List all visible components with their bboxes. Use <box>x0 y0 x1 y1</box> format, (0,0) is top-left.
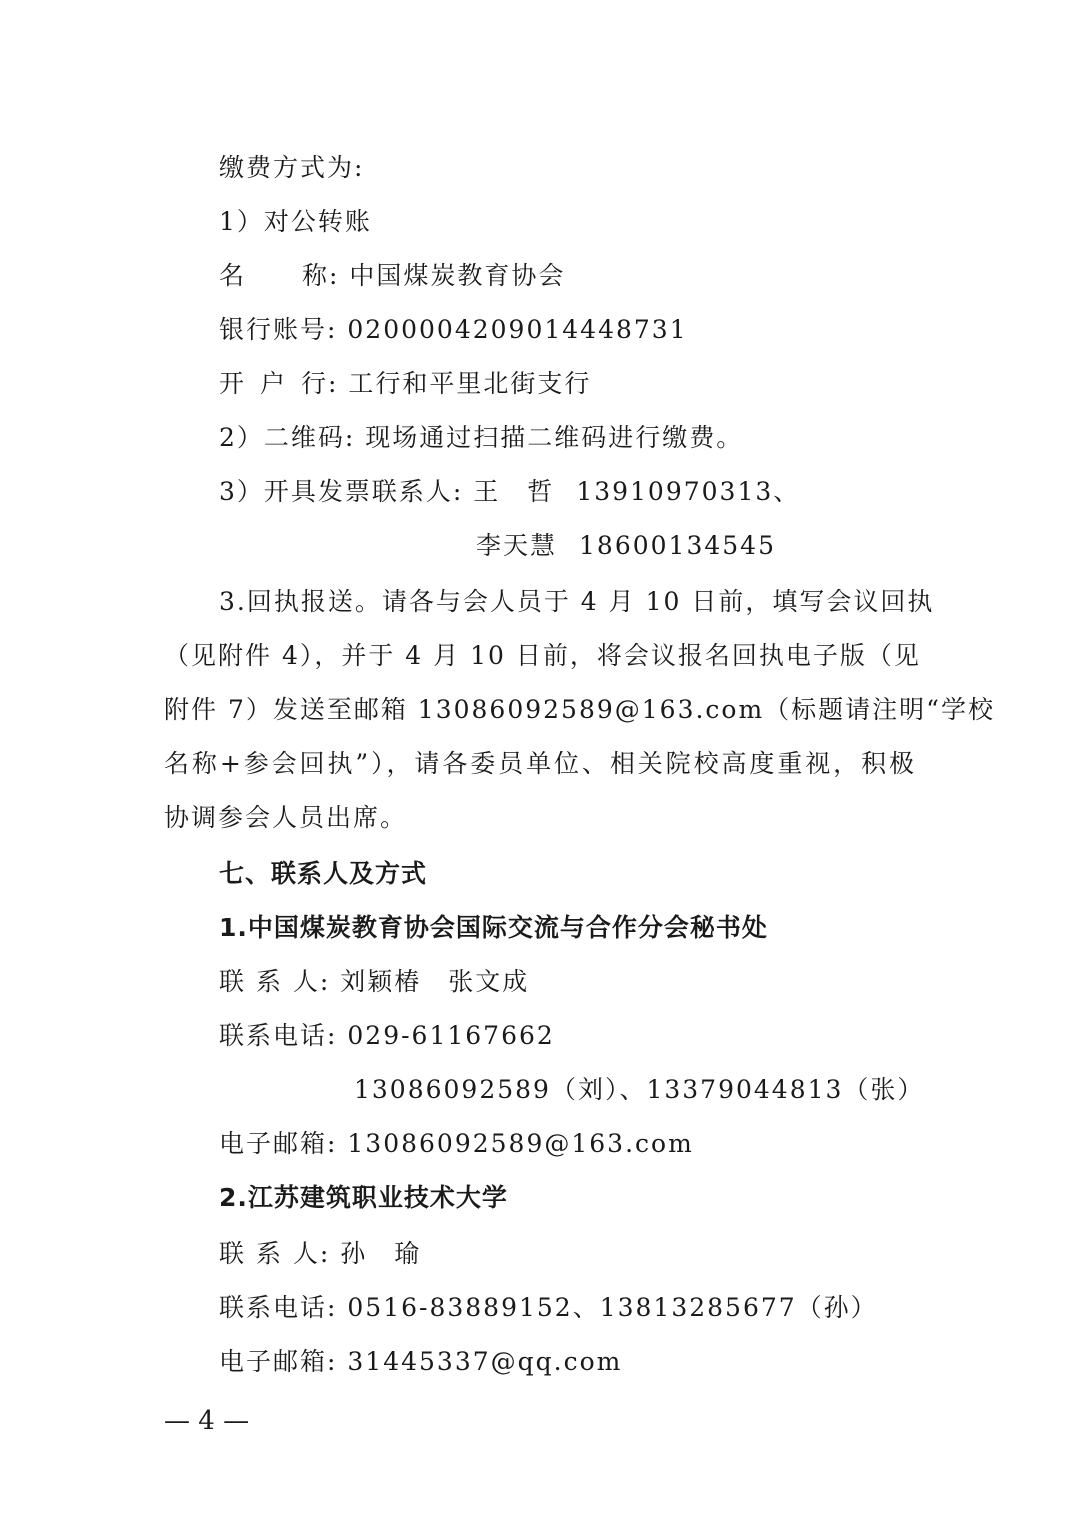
org-2-email-value: 31445337@qq.com <box>347 1347 622 1376</box>
payment-intro: 缴费方式为: <box>219 152 364 184</box>
org-1-phone-row: 联系电话: 029-61167662 <box>219 1020 555 1052</box>
org-2-phone-value: 0516-83889152、13813285677（孙） <box>347 1293 877 1322</box>
org-2-title: 2.江苏建筑职业技术大学 <box>219 1182 508 1214</box>
invoice-contact-row-2: 李天慧18600134545 <box>476 530 776 562</box>
bank-branch-label-b: 户 <box>260 369 287 398</box>
payee-name-label-a: 名 <box>219 261 246 290</box>
org-2-person-row: 联 系 人: 孙 瑜 <box>219 1238 421 1270</box>
invoice-contact-1-phone: 13910970313、 <box>576 477 800 506</box>
bank-account-value: 0200004209014448731 <box>347 315 687 344</box>
receipt-paragraph-line-4: 名称+参会回执”），请各委员单位、相关院校高度重视，积极 <box>164 748 916 780</box>
invoice-contact-2-phone: 18600134545 <box>579 531 776 560</box>
org-1-phone-label: 联系电话: <box>219 1021 337 1050</box>
contacts-section-title: 七、联系人及方式 <box>219 858 427 890</box>
org-2-person-value: 孙 瑜 <box>340 1239 421 1268</box>
receipt-paragraph-line-5: 协调参会人员出席。 <box>164 802 407 834</box>
bank-branch-label-a: 开 <box>219 369 246 398</box>
payee-name-row: 名称: 中国煤炭教育协会 <box>219 260 565 292</box>
payee-name-value: 中国煤炭教育协会 <box>349 261 565 290</box>
org-1-email-label: 电子邮箱: <box>219 1129 337 1158</box>
org-2-email-label: 电子邮箱: <box>219 1347 337 1376</box>
payee-name-label-b: 称: <box>302 261 339 290</box>
bank-account-label: 银行账号: <box>219 315 337 344</box>
page-number: — 4 — <box>164 1405 249 1437</box>
org-1-person-row: 联 系 人: 刘颖椿 张文成 <box>219 966 529 998</box>
bank-branch-label-c: 行: <box>301 369 338 398</box>
org-1-phone-value-2: 13086092589（刘）、13379044813（张） <box>354 1074 924 1106</box>
receipt-paragraph-line-3: 附件 7）发送至邮箱 13086092589@163.com（标题请注明“学校 <box>164 694 916 726</box>
receipt-paragraph-line-2: （见附件 4），并于 4 月 10 日前，将会议报名回执电子版（见 <box>164 640 916 672</box>
org-1-person-label: 联 系 人: <box>219 967 330 996</box>
org-2-email-row: 电子邮箱: 31445337@qq.com <box>219 1346 622 1378</box>
org-2-phone-row: 联系电话: 0516-83889152、13813285677（孙） <box>219 1292 878 1324</box>
bank-branch-value: 工行和平里北街支行 <box>348 369 591 398</box>
bank-branch-row: 开户行: 工行和平里北街支行 <box>219 368 591 400</box>
invoice-contact-row-1: 3）开具发票联系人: 王 哲13910970313、 <box>219 476 800 508</box>
org-1-title: 1.中国煤炭教育协会国际交流与合作分会秘书处 <box>219 912 768 944</box>
invoice-contact-1-name: 王 哲 <box>473 477 554 506</box>
payment-method-1-title: 1）对公转账 <box>219 206 372 238</box>
org-1-phone-value-1: 029-61167662 <box>347 1021 554 1050</box>
org-1-person-value: 刘颖椿 张文成 <box>340 967 529 996</box>
invoice-contact-2-name: 李天慧 <box>476 531 557 560</box>
org-2-phone-label: 联系电话: <box>219 1293 337 1322</box>
receipt-paragraph-line-1: 3.回执报送。请各与会人员于 4 月 10 日前，填写会议回执 <box>164 586 916 618</box>
org-1-email-row: 电子邮箱: 13086092589@163.com <box>219 1128 694 1160</box>
bank-account-row: 银行账号: 0200004209014448731 <box>219 314 688 346</box>
payment-method-2: 2）二维码: 现场通过扫描二维码进行缴费。 <box>219 422 743 454</box>
org-2-person-label: 联 系 人: <box>219 1239 330 1268</box>
invoice-contact-label: 3）开具发票联系人: <box>219 477 463 506</box>
org-1-email-value: 13086092589@163.com <box>347 1129 693 1158</box>
